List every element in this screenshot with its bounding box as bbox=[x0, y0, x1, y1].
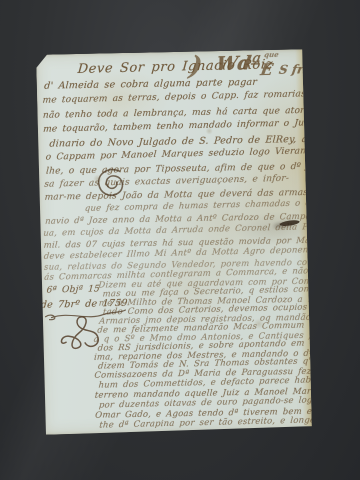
header-flourish-text: S fr. bbox=[278, 62, 308, 77]
header-flourishes: )WdªqueES fr. bbox=[36, 49, 304, 55]
manuscript-line: me toquarão, tambem tenho mandado inform… bbox=[43, 118, 312, 135]
header-flourish-text: Wdª bbox=[215, 52, 262, 75]
manuscript-line: d' Almeida se cobra alguma parte pagar bbox=[44, 77, 258, 92]
margin-note: 6ª Objª 15 bbox=[46, 284, 100, 295]
header-flourish-text: E bbox=[259, 60, 274, 79]
manuscript-page: Deve Sor pro Ignacio Roizd' Almeida se c… bbox=[36, 49, 312, 435]
manuscript-line: sa fazer as quais exactas averiguaçoens,… bbox=[44, 174, 290, 190]
manuscript-line: me toquarem as terras, depois o Capp. fa… bbox=[42, 89, 312, 106]
date-underline-flourish bbox=[41, 307, 127, 323]
spiral-ink-flourish bbox=[93, 165, 132, 204]
header-flourish-text: que bbox=[264, 50, 280, 59]
photo-backdrop: Deve Sor pro Ignacio Roizd' Almeida se c… bbox=[0, 0, 360, 480]
